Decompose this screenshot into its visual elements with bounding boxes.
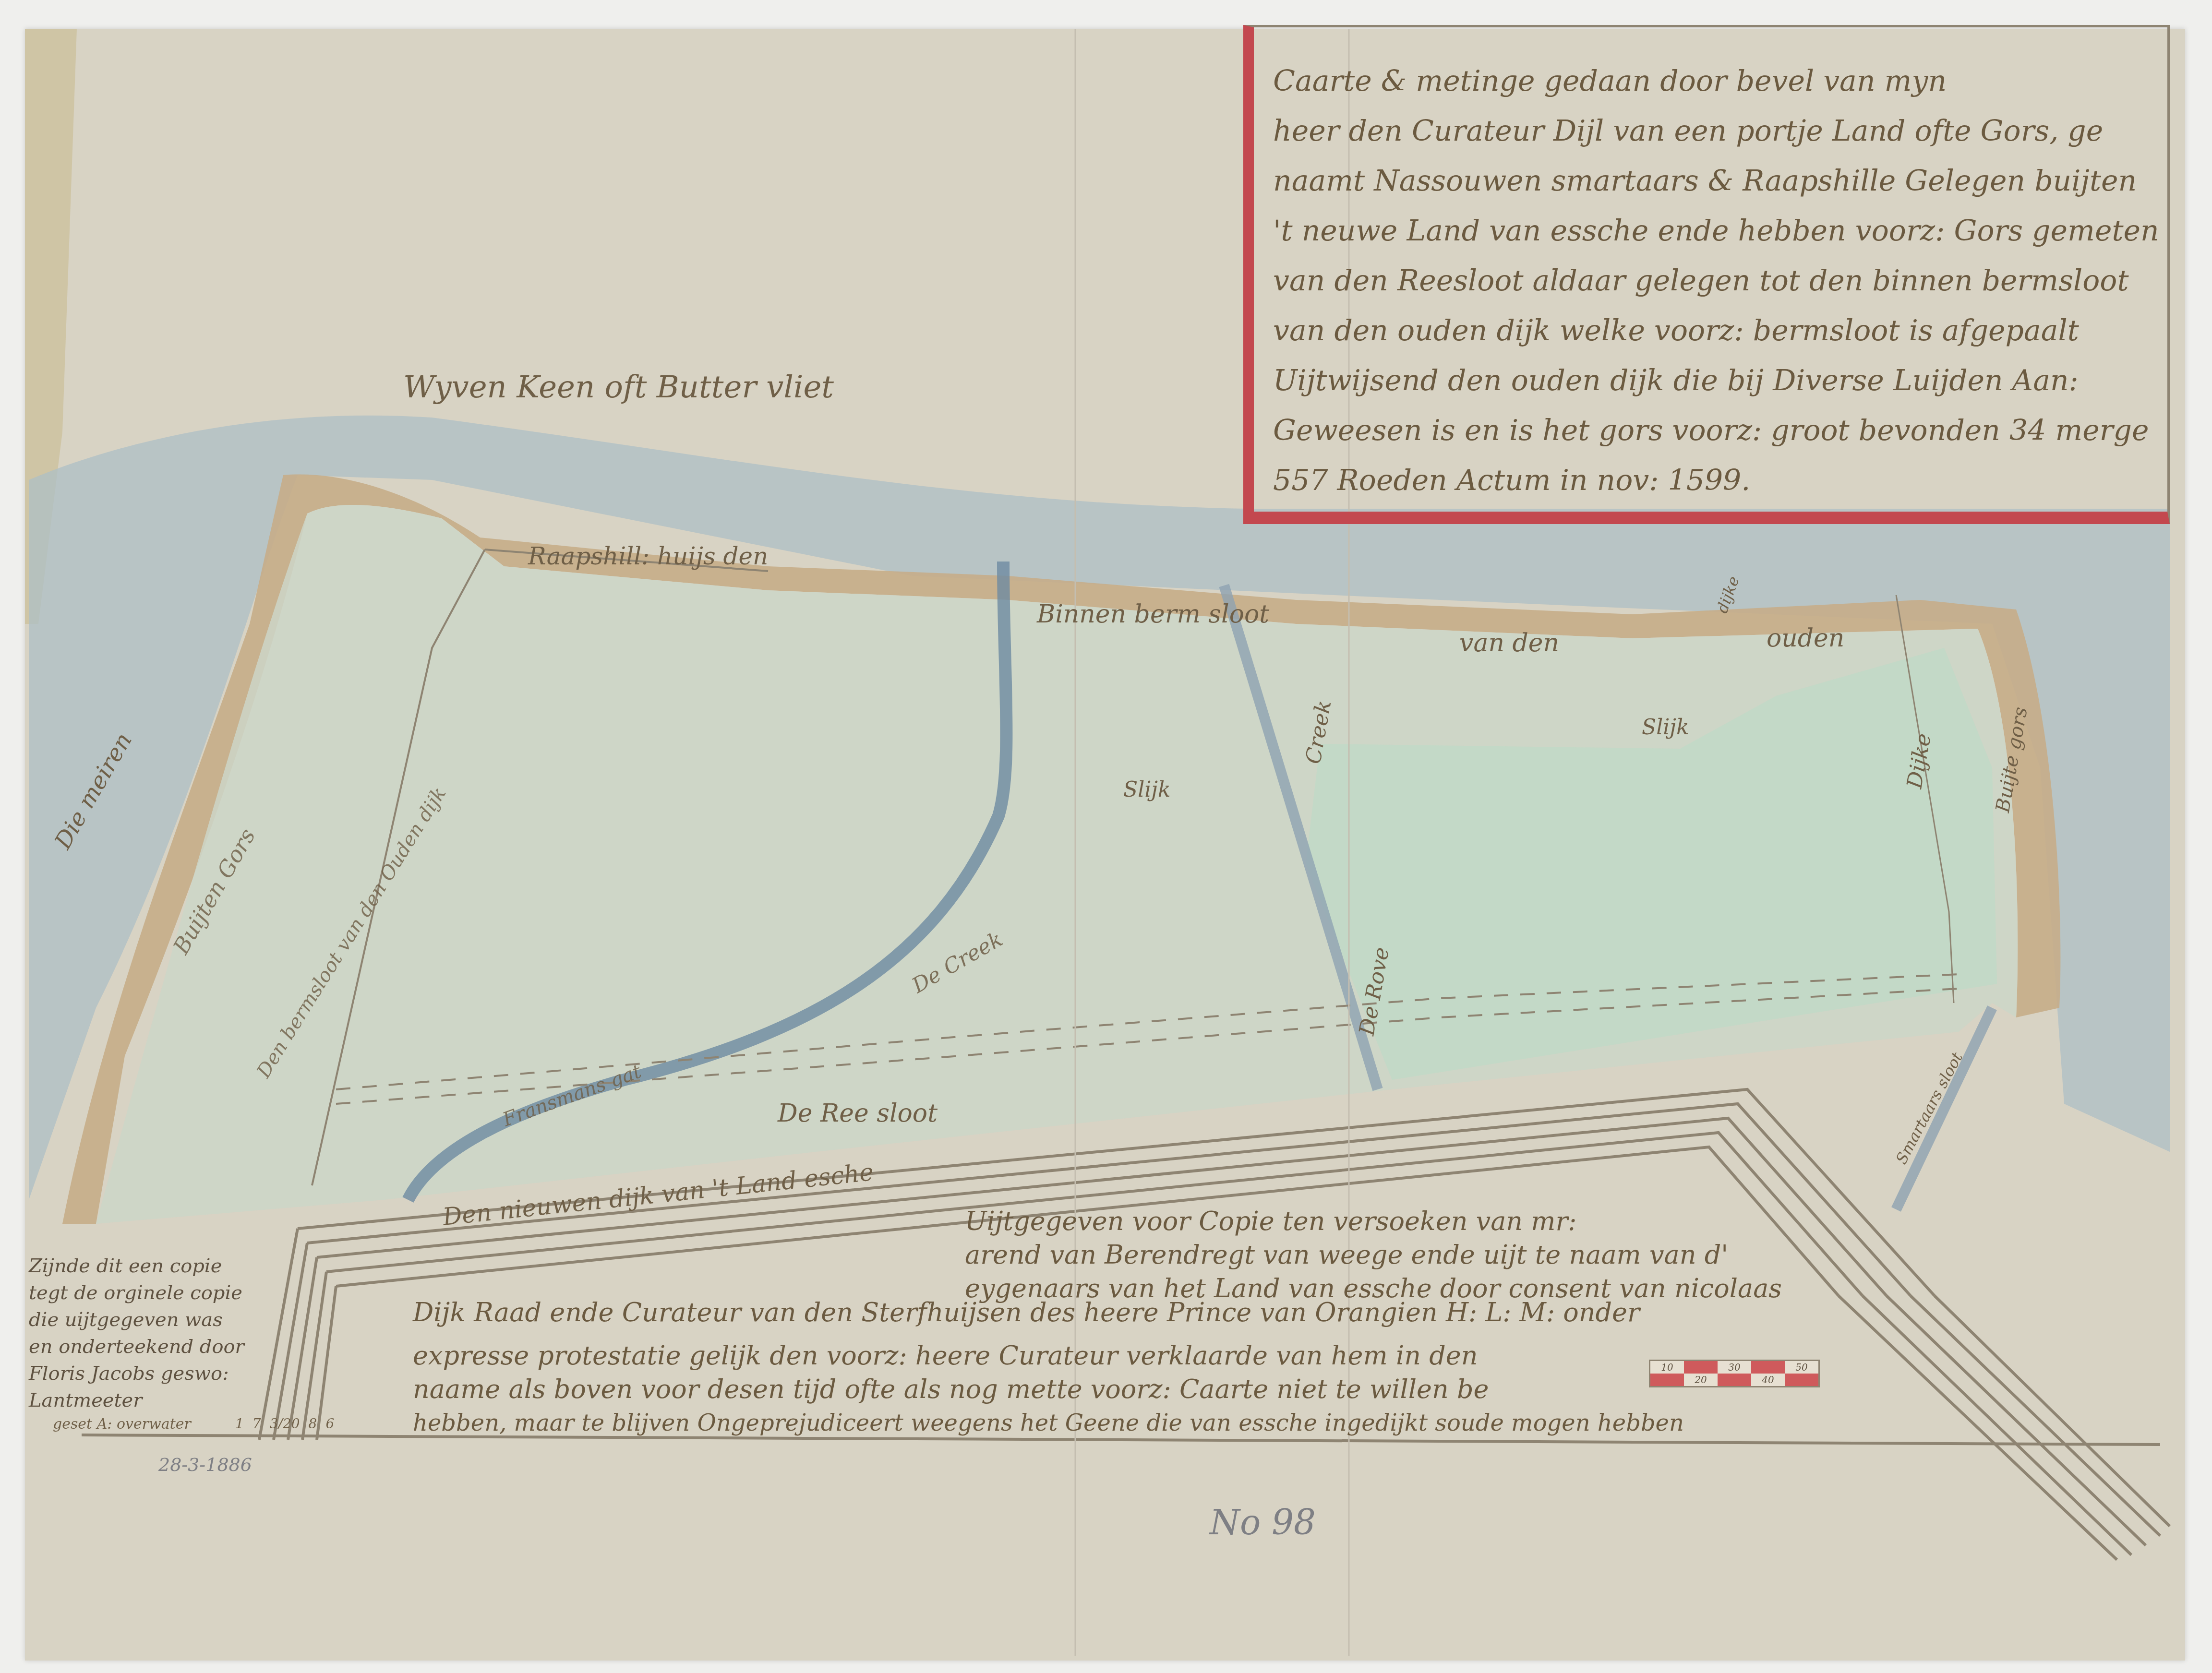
- scale-cell: 20: [1684, 1374, 1718, 1386]
- sig-number: 1: [235, 1416, 244, 1432]
- label-slijk-2: Slijk: [1642, 715, 1689, 740]
- scale-cell: [1785, 1374, 1818, 1386]
- cartouche-line: van den Reesloot aldaar gelegen tot den …: [1273, 256, 2153, 306]
- left-note-line: die uijtgegeven was: [29, 1306, 244, 1333]
- bottom-note-line: hebben, maar te blijven Ongeprejudiceert…: [413, 1406, 1684, 1440]
- scale-cell: 10: [1650, 1361, 1684, 1374]
- sig-number: 3/20: [270, 1416, 300, 1432]
- pencil-catalog-number: No 98: [1210, 1502, 1316, 1542]
- left-note-line: Floris Jacobs geswo:: [29, 1360, 244, 1387]
- bottom-note-line: Dijk Raad ende Curateur van den Sterfhui…: [413, 1296, 1640, 1329]
- scale-cell: 50: [1785, 1361, 1818, 1374]
- left-note-line: Zijnde dit een copie: [29, 1253, 244, 1279]
- label-water-north: Wyven Keen oft Butter vliet: [403, 370, 834, 405]
- scale-cell: [1718, 1374, 1751, 1386]
- cartouche-line: Geweesen is en is het gors voorz: groot …: [1273, 406, 2153, 455]
- label-de-ree-sloot: De Ree sloot: [778, 1099, 938, 1128]
- sig-number: 8: [309, 1416, 317, 1432]
- scale-cell: [1650, 1374, 1684, 1386]
- bottom-note-line: expresse protestatie gelijk den voorz: h…: [413, 1339, 1478, 1373]
- left-note-line: en onderteekend door: [29, 1333, 244, 1360]
- cartouche-line: Caarte & metinge gedaan door bevel van m…: [1273, 56, 2153, 106]
- scale-cell: 40: [1751, 1374, 1785, 1386]
- cartouche-line: 't neuwe Land van essche ende hebben voo…: [1273, 206, 2153, 256]
- title-cartouche: Caarte & metinge gedaan door bevel van m…: [1243, 25, 2170, 524]
- cartouche-line: heer den Curateur Dijl van een portje La…: [1273, 106, 2153, 156]
- scale-bar: 10 30 50 20 40: [1649, 1360, 1820, 1387]
- left-note-line: tegt de orginele copie: [29, 1279, 244, 1306]
- left-copy-note: Zijnde dit een copie tegt de orginele co…: [29, 1253, 244, 1414]
- sig-number: 7: [252, 1416, 261, 1432]
- scale-cell: 30: [1718, 1361, 1751, 1374]
- label-raapshill: Raapshill: huijs den: [528, 542, 768, 570]
- label-slijk-1: Slijk: [1123, 777, 1171, 802]
- label-ouden: ouden: [1767, 624, 1844, 653]
- bottom-note-line: naame als boven voor desen tijd ofte als…: [413, 1373, 1489, 1406]
- cartouche-line: naamt Nassouwen smartaars & Raapshille G…: [1273, 156, 2153, 206]
- left-note-line: Lantmeeter: [29, 1387, 244, 1414]
- scale-cell: [1751, 1361, 1785, 1374]
- signature: geset A: overwater: [53, 1416, 191, 1433]
- cartouche-line: 557 Roeden Actum in nov: 1599.: [1273, 455, 2153, 505]
- bottom-note-line: arend van Berendregt van weege ende uijt…: [965, 1238, 1728, 1272]
- pencil-date: 28-3-1886: [158, 1454, 252, 1475]
- label-van-den: van den: [1459, 629, 1559, 657]
- cartouche-line: Uijtwijsend den ouden dijk die bij Diver…: [1273, 356, 2153, 406]
- cartouche-line: van den ouden dijk welke voorz: bermsloo…: [1273, 306, 2153, 356]
- scale-cell: [1684, 1361, 1718, 1374]
- sig-number: 6: [325, 1416, 334, 1432]
- signature-numbers: 1 7 3/20 8 6: [235, 1416, 334, 1432]
- label-binnen-bermsloot: Binnen berm sloot: [1037, 600, 1269, 629]
- bottom-note-line: Uijtgegeven voor Copie ten versoeken van…: [965, 1205, 1577, 1238]
